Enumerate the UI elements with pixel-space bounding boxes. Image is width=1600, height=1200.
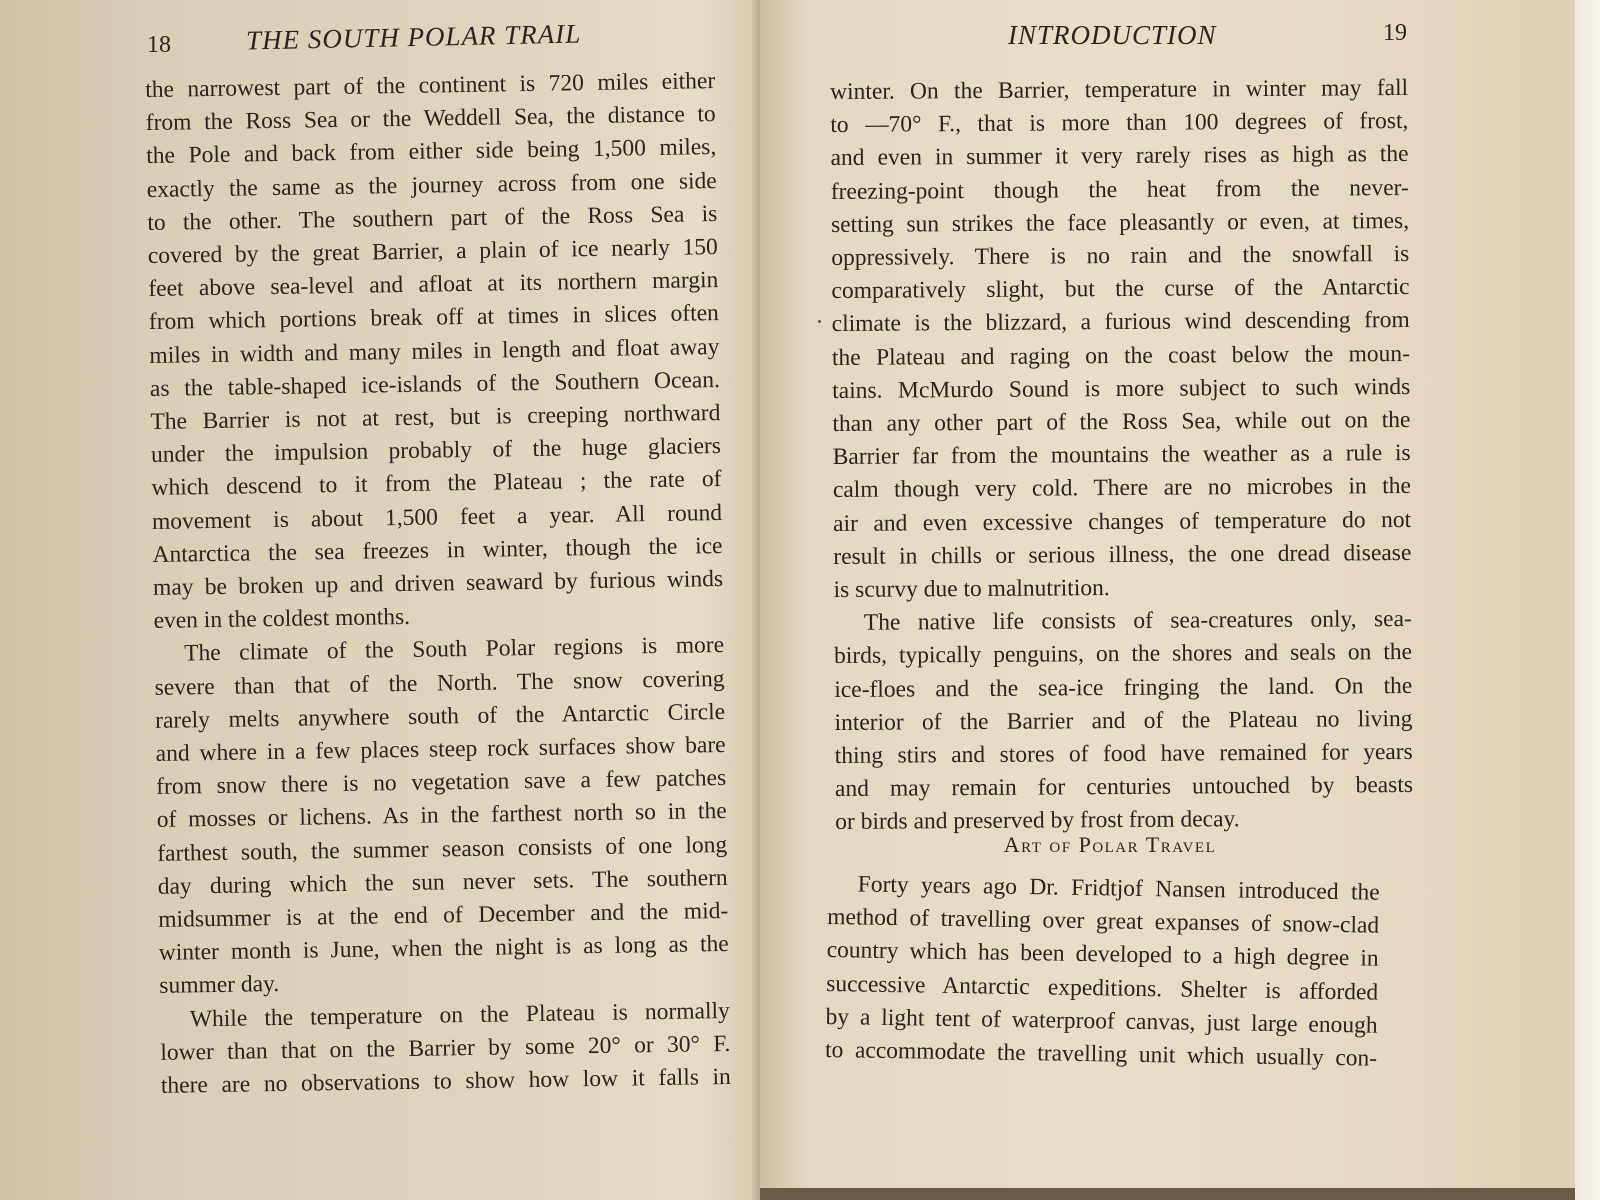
text-line: birds, typically penguins, on the shores…: [834, 636, 1412, 673]
section-heading: Art of Polar Travel: [830, 832, 1390, 858]
left-page: 18 THE SOUTH POLAR TRAIL the narrowest p…: [0, 0, 760, 1200]
running-head-left: THE SOUTH POLAR TRAIL: [246, 18, 582, 56]
text-line: climate is the blizzard, a furious wind …: [832, 304, 1410, 341]
paragraph: the narrowest part of the continent is 7…: [145, 65, 724, 638]
text-line: freezing-point though the heat from the …: [831, 172, 1409, 209]
text-line: and even in summer it very rarely rises …: [830, 138, 1408, 175]
text-line: air and even excessive changes of temper…: [833, 504, 1411, 541]
text-line: than any other part of the Ross Sea, whi…: [832, 404, 1410, 441]
paragraph: Forty years ago Dr. Fridtjof Nansen intr…: [825, 868, 1380, 1076]
text-line: result in chills or serious illness, the…: [833, 537, 1411, 574]
text-line: interior of the Barrier and of the Plate…: [834, 703, 1412, 740]
text-line: The native life consists of sea-creature…: [834, 603, 1412, 640]
page-edge-background: [1575, 0, 1600, 1200]
text-line: ice-floes and the sea-ice fringing the l…: [834, 670, 1412, 707]
paragraph: The native life consists of sea-creature…: [834, 603, 1414, 839]
paragraph: winter. On the Barrier, temperature in w…: [830, 72, 1412, 607]
text-line: the Plateau and raging on the coast belo…: [832, 338, 1410, 375]
running-head-right: INTRODUCTION: [1008, 20, 1217, 51]
text-line: Barrier far from the mountains the weath…: [833, 437, 1411, 474]
book-bottom-edge: [760, 1188, 1575, 1200]
text-line: and may remain for centuries untouched b…: [835, 769, 1413, 806]
page-number-left: 18: [147, 32, 171, 59]
text-line: thing stirs and stores of food have rema…: [835, 736, 1413, 773]
paragraph: While the temperature on the Plateau is …: [160, 995, 731, 1104]
text-line: oppressively. There is no rain and the s…: [831, 238, 1409, 275]
text-line: calm though very cold. There are no micr…: [833, 470, 1411, 507]
section-body-text: Forty years ago Dr. Fridtjof Nansen intr…: [825, 868, 1380, 1076]
text-line: is scurvy due to malnutrition.: [833, 570, 1411, 607]
text-line: to —70° F., that is more than 100 degree…: [830, 105, 1408, 142]
text-line: comparatively slight, but the curse of t…: [831, 271, 1409, 308]
text-line: tains. McMurdo Sound is more subject to …: [832, 371, 1410, 408]
text-line: setting sun strikes the face pleasantly …: [831, 205, 1409, 242]
text-line: winter. On the Barrier, temperature in w…: [830, 72, 1408, 109]
page-number-right: 19: [1383, 20, 1407, 47]
right-page: INTRODUCTION 19 winter. On the Barrier, …: [760, 0, 1575, 1200]
ink-speck: [818, 320, 821, 323]
paragraph: The climate of the South Polar regions i…: [154, 629, 730, 1003]
left-body-text: the narrowest part of the continent is 7…: [145, 65, 731, 1103]
right-body-text: winter. On the Barrier, temperature in w…: [830, 72, 1413, 840]
